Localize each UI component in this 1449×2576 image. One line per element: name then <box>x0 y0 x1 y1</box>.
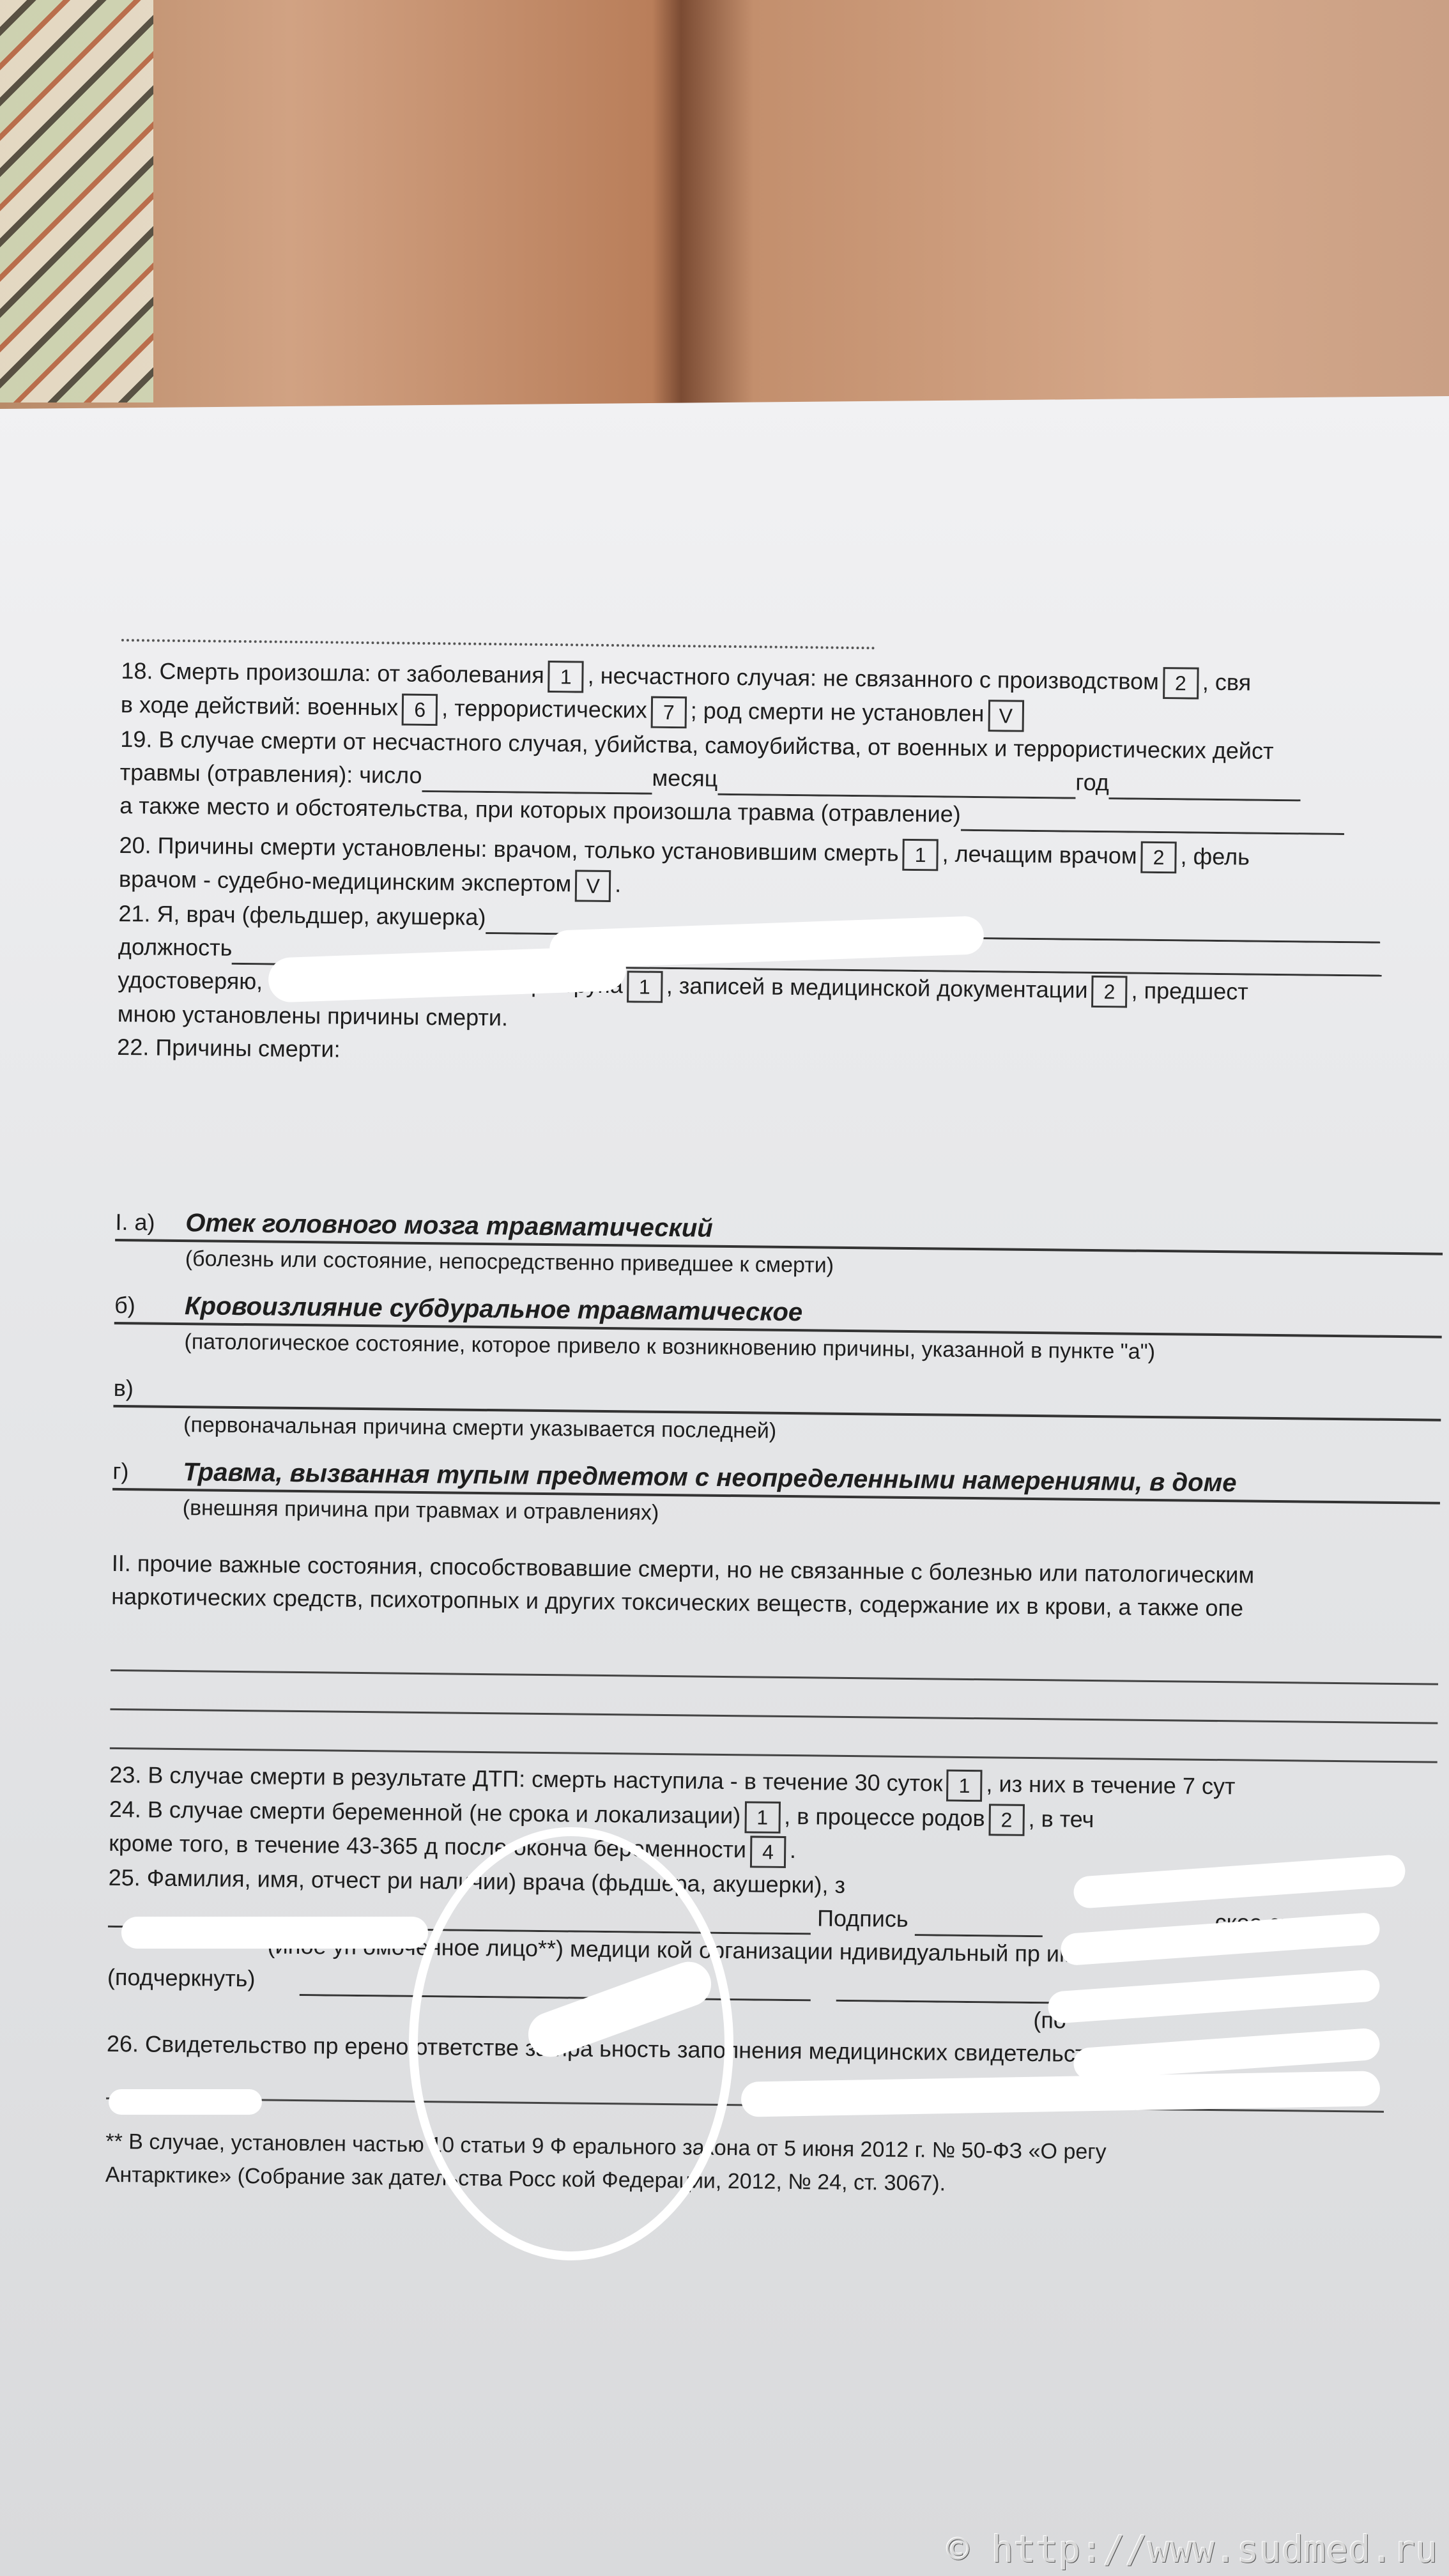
cause-label: I. а) <box>115 1206 186 1239</box>
checkbox-military: 6 <box>402 694 438 726</box>
checkbox-undetermined-marked: V <box>988 700 1024 732</box>
cause-label: г) <box>112 1455 183 1489</box>
cause-text: Отек головного мозга травматический <box>185 1207 713 1246</box>
cause-label: б) <box>114 1289 185 1322</box>
checkbox-forensic-marked: V <box>575 870 611 902</box>
death-certificate: 18. Смерть произошла: от заболевания1, н… <box>105 639 1449 2205</box>
redaction-mark <box>121 1917 428 1949</box>
checkbox-accident: 2 <box>1163 668 1199 700</box>
checkbox-terror: 7 <box>650 696 687 729</box>
cause-text: Кровоизлияние субдуральное травматическо… <box>185 1290 803 1330</box>
background-photo <box>0 0 1449 409</box>
cause-label: в) <box>113 1372 184 1406</box>
watermark: © http://www.sudmed.ru <box>947 2527 1437 2571</box>
causes-of-death: I. а)Отек головного мозга травматический… <box>112 1200 1443 1538</box>
redaction-mark <box>109 2089 262 2115</box>
background-fabric <box>0 0 153 402</box>
place-field <box>960 829 1344 835</box>
checkbox-disease: 1 <box>548 661 584 693</box>
